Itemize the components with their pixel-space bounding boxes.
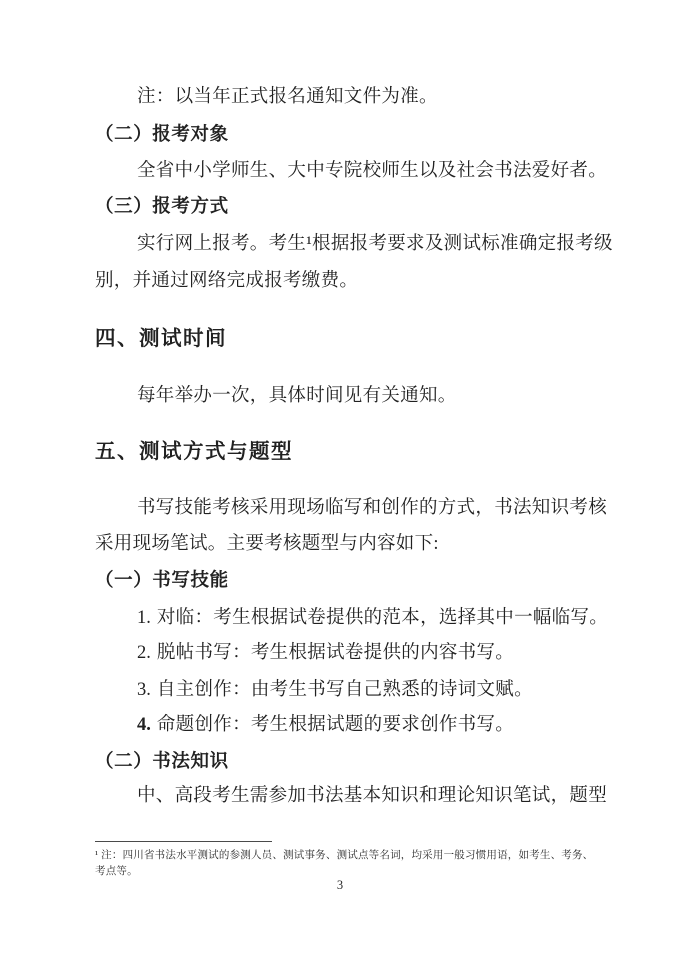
paragraph-ceshi-fangshi-line2: 采用现场笔试。主要考核题型与内容如下: [95,533,439,556]
footnote-line-1: ¹ 注：四川省书法水平测试的参测人员、测试事务、测试点等名词，均采用一般习惯用语… [95,849,593,862]
list-item: 4.命题创作：考生根据试题的要求创作书写。 [137,714,514,737]
heading-shufa-zhishi: （二）书法知识 [95,751,229,774]
document-page: 注：以当年正式报名通知文件为准。 （二）报考对象 全省中小学师生、大中专院校师生… [0,0,680,961]
list-item-number: 4. [137,714,151,737]
heading-shuxie-jineng: （一）书写技能 [95,570,229,593]
paragraph-ceshi-shijian: 每年举办一次，具体时间见有关通知。 [137,385,457,408]
page-number: 3 [0,878,680,893]
list-item-number: 2. [137,642,151,665]
list-item-text: 命题创作：考生根据试题的要求创作书写。 [157,715,514,735]
paragraph-shufa-zhishi: 中、高段考生需参加书法基本知识和理论知识笔试，题型 [137,785,607,808]
list-item: 1.对临：考生根据试卷提供的范本，选择其中一幅临写。 [137,607,608,630]
heading-baokao-fangshi: （三）报考方式 [95,196,229,219]
paragraph-baokao-fangshi-line1: 实行网上报考。考生¹根据报考要求及测试标准确定报考级 [137,233,613,256]
list-item-text: 脱帖书写：考生根据试卷提供的内容书写。 [157,643,514,663]
heading-ceshi-shijian: 四、测试时间 [95,327,227,353]
note-line: 注：以当年正式报名通知文件为准。 [137,86,438,109]
list-item-text: 自主创作：由考生书写自己熟悉的诗词文赋。 [157,680,533,700]
heading-baokao-duixiang: （二）报考对象 [95,124,229,147]
paragraph-baokao-duixiang: 全省中小学师生、大中专院校师生以及社会书法爱好者。 [137,160,607,183]
list-item: 2.脱帖书写：考生根据试卷提供的内容书写。 [137,642,514,665]
list-item: 3.自主创作：由考生书写自己熟悉的诗词文赋。 [137,679,533,702]
heading-ceshi-fangshi: 五、测试方式与题型 [95,440,293,466]
paragraph-baokao-fangshi-line2: 别，并通过网络完成报考缴费。 [95,270,358,293]
paragraph-ceshi-fangshi-line1: 书写技能考核采用现场临写和创作的方式，书法知识考核 [137,497,607,520]
list-item-number: 1. [137,607,151,630]
footnote-line-2: 考点等。 [95,865,138,878]
list-item-number: 3. [137,679,151,702]
footnote-separator [95,841,272,842]
list-item-text: 对临：考生根据试卷提供的范本，选择其中一幅临写。 [157,608,608,628]
